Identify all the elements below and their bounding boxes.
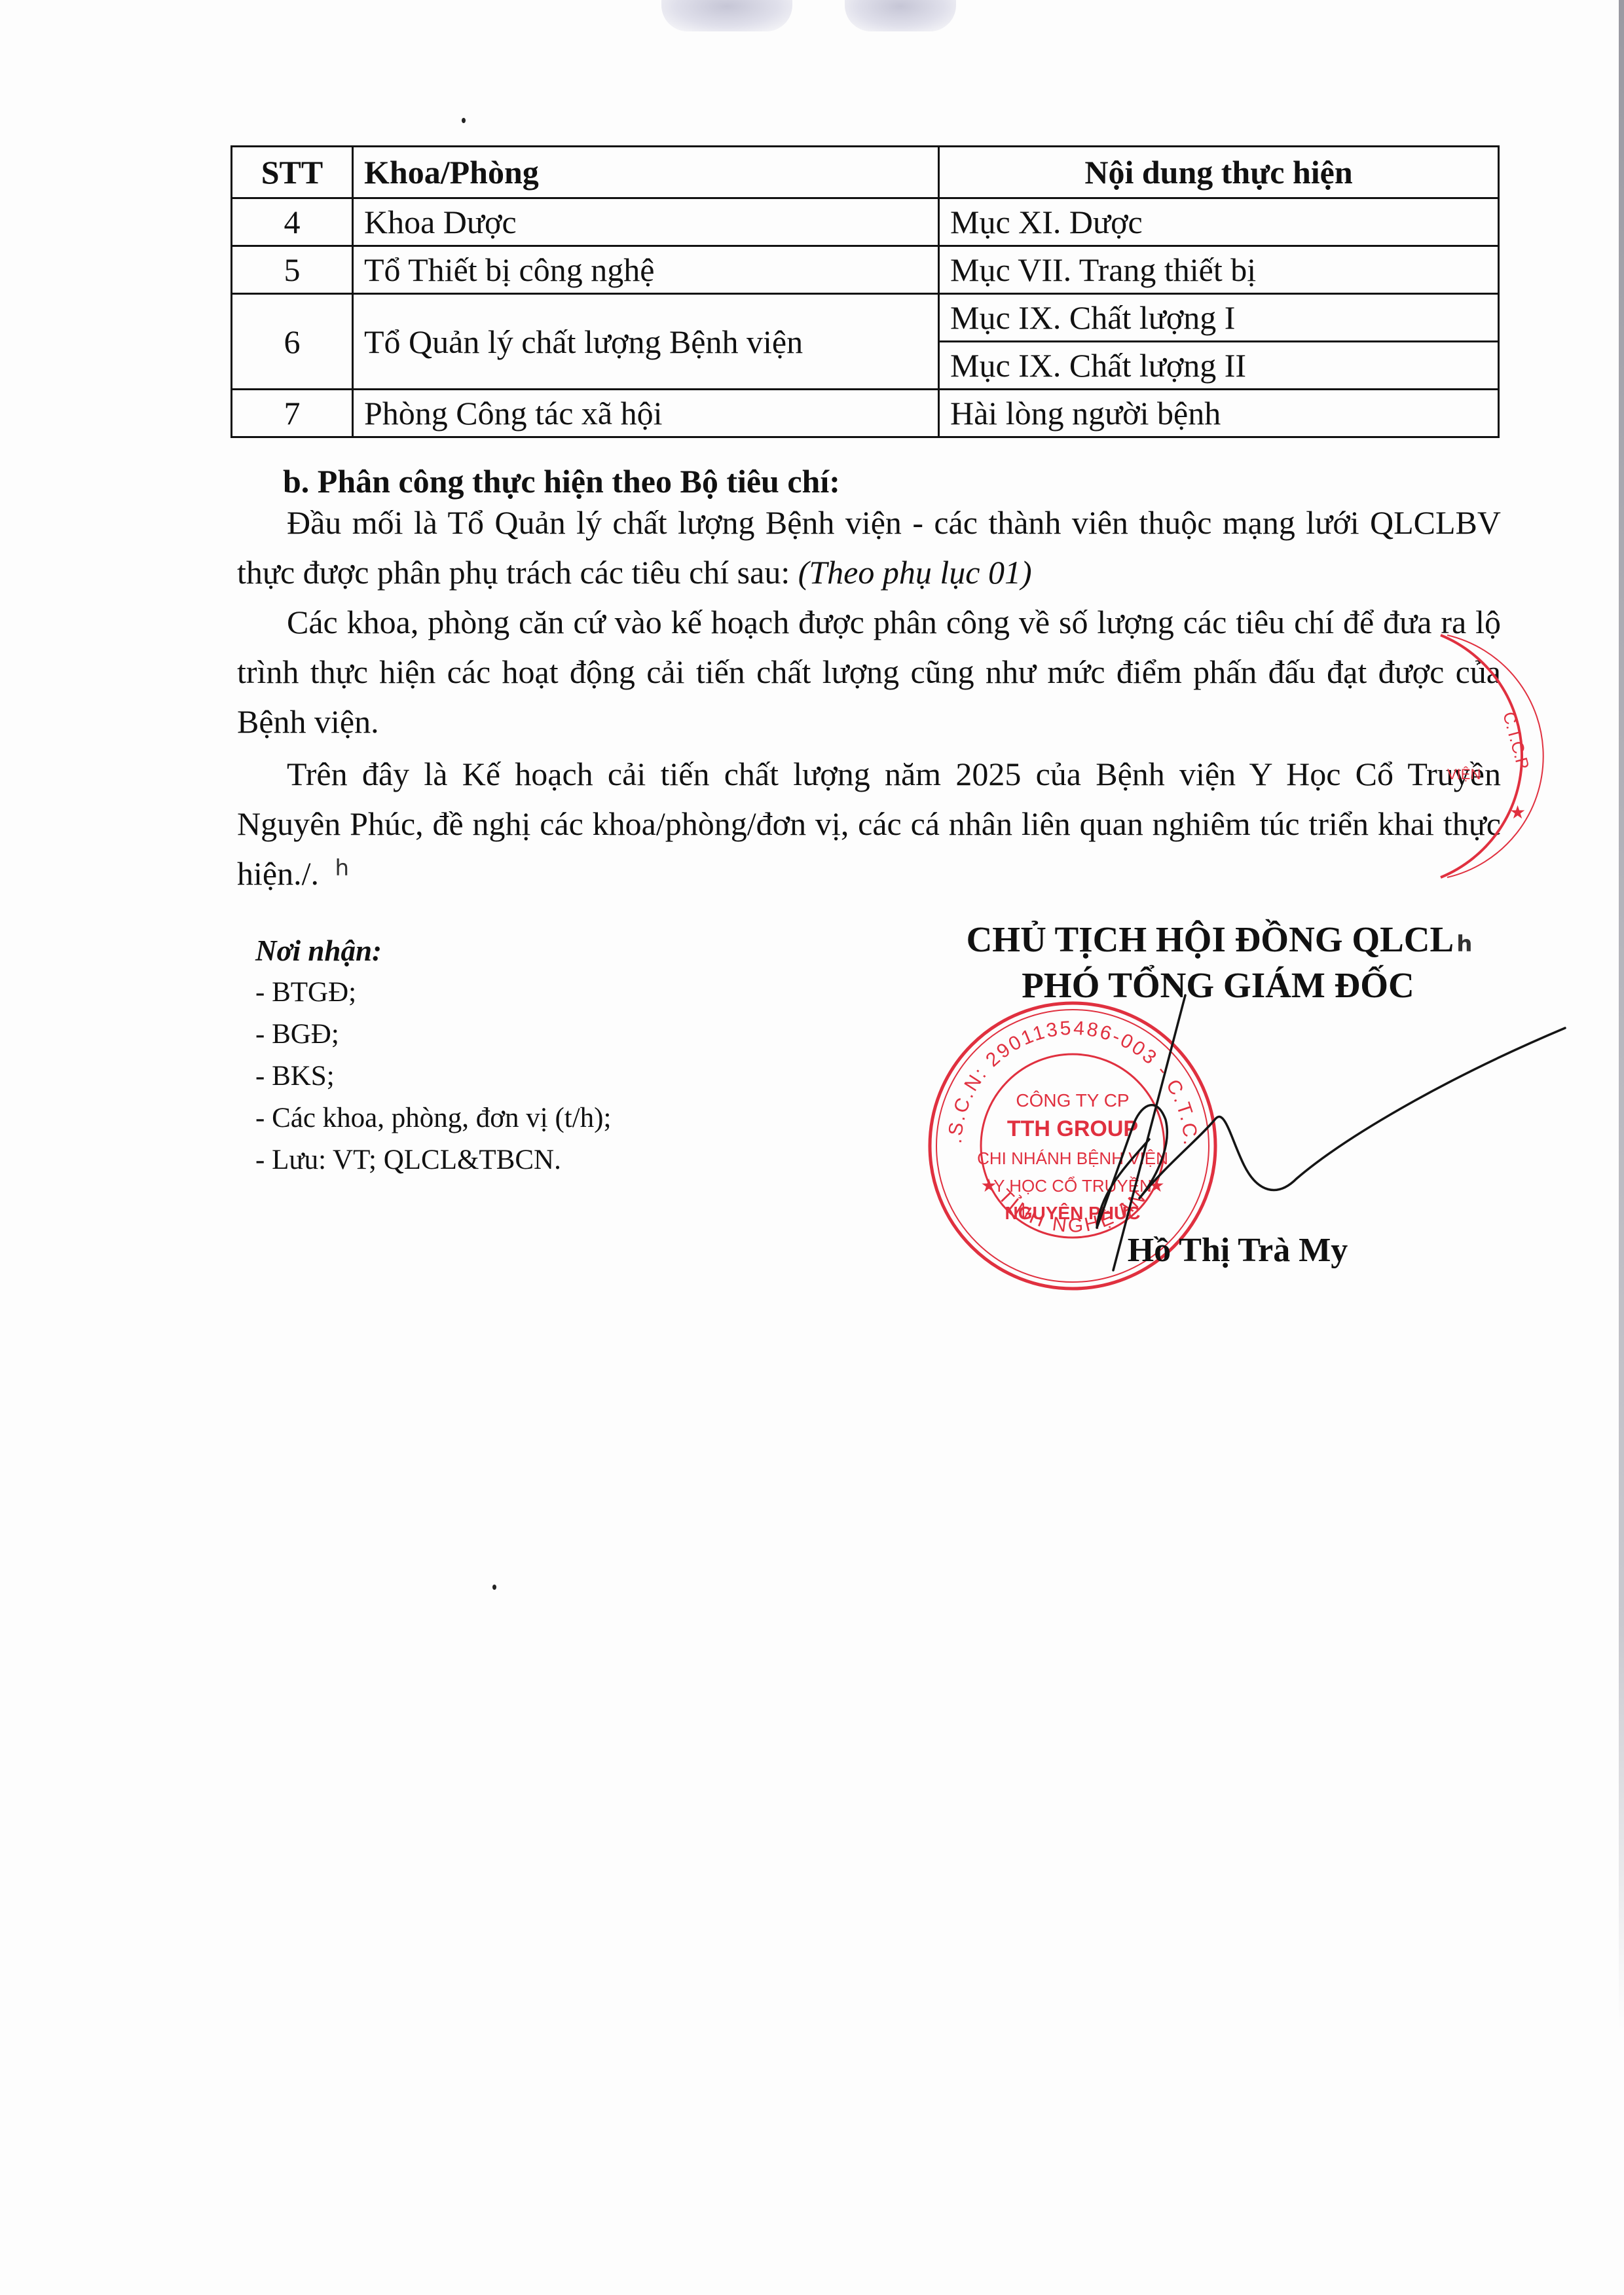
- table-row: 4Khoa DượcMục XI. Dược: [232, 198, 1499, 246]
- recipients-list: - BTGĐ;- BGĐ;- BKS;- Các khoa, phòng, đơ…: [255, 972, 611, 1181]
- initial-mark: h: [335, 855, 349, 881]
- header-stt: STT: [232, 147, 353, 198]
- recipient-item: - BTGĐ;: [255, 972, 611, 1014]
- cell-khoa-phong: Phòng Công tác xã hội: [353, 390, 939, 437]
- cell-khoa-phong: Khoa Dược: [353, 198, 939, 246]
- cell-noi-dung: Mục IX. Chất lượng II: [939, 342, 1499, 390]
- scan-speck: [462, 118, 466, 123]
- cell-noi-dung: Hài lòng người bệnh: [939, 390, 1499, 437]
- paragraph-3-text: Trên đây là Kế hoạch cải tiến chất lượng…: [237, 756, 1501, 892]
- table-body: 4Khoa DượcMục XI. Dược5Tổ Thiết bị công …: [232, 198, 1499, 437]
- assignment-table: STT Khoa/Phòng Nội dung thực hiện 4Khoa …: [231, 145, 1500, 438]
- paragraph-1: Đầu mối là Tổ Quản lý chất lượng Bệnh vi…: [237, 498, 1501, 597]
- scan-edge: [1619, 0, 1624, 2030]
- recipient-item: - Các khoa, phòng, đơn vị (t/h);: [255, 1097, 611, 1139]
- header-noi-dung: Nội dung thực hiện: [939, 147, 1499, 198]
- cell-khoa-phong: Tổ Quản lý chất lượng Bệnh viện: [353, 294, 939, 390]
- table-row: 5Tổ Thiết bị công nghệMục VII. Trang thi…: [232, 246, 1499, 294]
- table-header-row: STT Khoa/Phòng Nội dung thực hiện: [232, 147, 1499, 198]
- header-khoa-phong: Khoa/Phòng: [353, 147, 939, 198]
- paragraph-3: Trên đây là Kế hoạch cải tiến chất lượng…: [237, 749, 1501, 902]
- handwritten-signature: [1035, 930, 1572, 1257]
- cell-noi-dung: Mục IX. Chất lượng I: [939, 294, 1499, 342]
- side-stamp: C.T.C.P VIỆN ★: [1447, 629, 1559, 884]
- cell-stt: 7: [232, 390, 353, 437]
- paragraph-2: Các khoa, phòng căn cứ vào kế hoạch được…: [237, 597, 1501, 746]
- cell-khoa-phong: Tổ Thiết bị công nghệ: [353, 246, 939, 294]
- recipient-item: - Lưu: VT; QLCL&TBCN.: [255, 1139, 611, 1181]
- paragraph-1-italic: (Theo phụ lục 01): [798, 554, 1032, 591]
- svg-text:VIỆN: VIỆN: [1447, 766, 1481, 782]
- scan-speck: [492, 1585, 496, 1590]
- recipient-item: - BGĐ;: [255, 1014, 611, 1056]
- scan-smudge: [661, 0, 792, 31]
- cell-stt: 4: [232, 198, 353, 246]
- cell-stt: 6: [232, 294, 353, 390]
- svg-text:C.T.C.P: C.T.C.P: [1499, 710, 1533, 771]
- cell-stt: 5: [232, 246, 353, 294]
- recipients-title: Nơi nhận:: [255, 930, 611, 972]
- table-row: 6Tổ Quản lý chất lượng Bệnh việnMục IX. …: [232, 294, 1499, 342]
- cell-noi-dung: Mục VII. Trang thiết bị: [939, 246, 1499, 294]
- signature-svg: [1035, 930, 1572, 1257]
- svg-text:★: ★: [1509, 803, 1526, 823]
- section-b-heading: b. Phân công thực hiện theo Bộ tiêu chí:: [283, 462, 840, 500]
- paragraph-2-text: Các khoa, phòng căn cứ vào kế hoạch được…: [237, 604, 1501, 740]
- recipient-item: - BKS;: [255, 1056, 611, 1097]
- table-row: 7Phòng Công tác xã hộiHài lòng người bện…: [232, 390, 1499, 437]
- side-stamp-svg: C.T.C.P VIỆN ★: [1447, 629, 1559, 884]
- recipients-block: Nơi nhận: - BTGĐ;- BGĐ;- BKS;- Các khoa,…: [255, 930, 611, 1181]
- cell-noi-dung: Mục XI. Dược: [939, 198, 1499, 246]
- scan-smudge: [845, 0, 956, 31]
